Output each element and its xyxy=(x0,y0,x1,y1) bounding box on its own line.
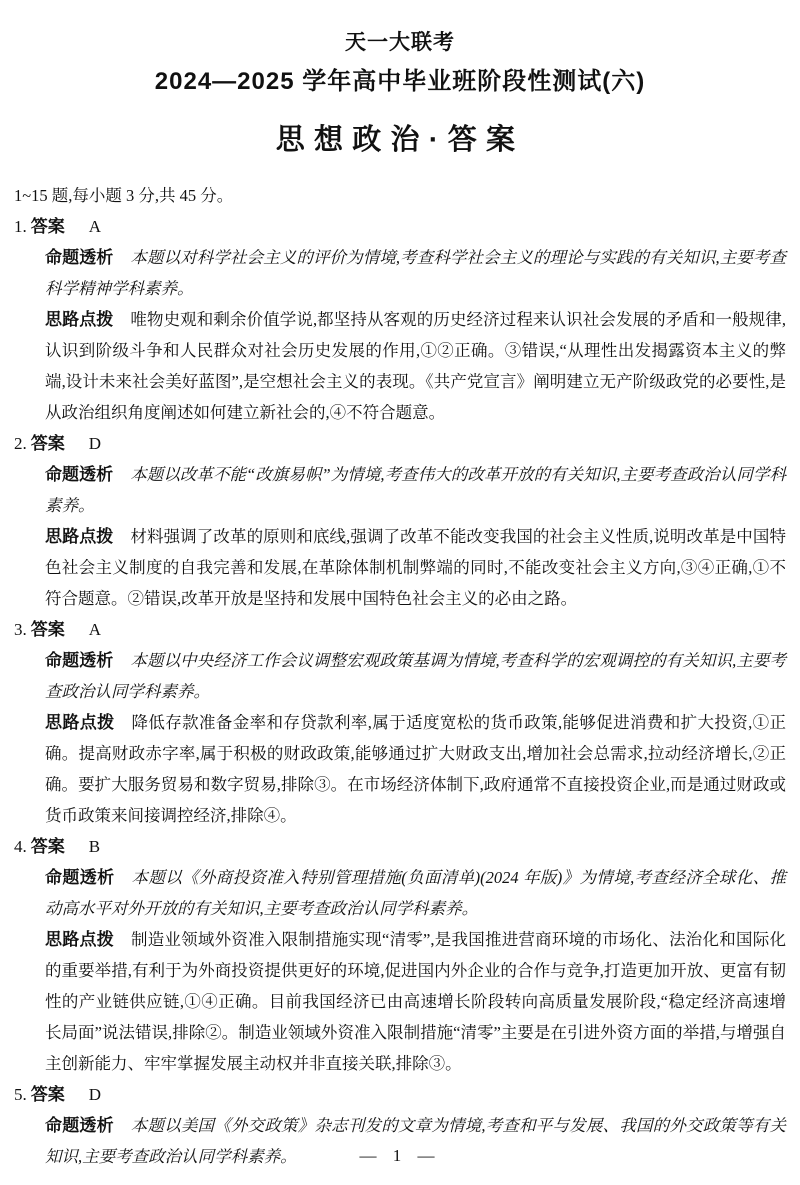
question-number: 1. xyxy=(14,217,27,236)
answer-item-1: 1.答案A 命题透析本题以对科学社会主义的评价为情境,考查科学社会主义的理论与实… xyxy=(14,211,786,428)
answer-label: 答案 xyxy=(31,434,65,453)
answer-item-4: 4.答案B 命题透析本题以《外商投资准入特别管理措施(负面清单)(2024 年版… xyxy=(14,831,786,1079)
answer-label: 答案 xyxy=(31,1085,65,1104)
tips-text: 唯物史观和剩余价值学说,都坚持从客观的历史经济过程来认识社会发展的矛盾和一般规律… xyxy=(45,310,786,422)
analysis-block: 命题透析本题以改革不能“改旗易帜”为情境,考查伟大的改革开放的有关知识,主要考查… xyxy=(45,459,786,521)
analysis-block: 命题透析本题以中央经济工作会议调整宏观政策基调为情境,考查科学的宏观调控的有关知… xyxy=(45,645,786,707)
answer-line: 5.答案D xyxy=(14,1079,786,1110)
answer-line: 3.答案A xyxy=(14,614,786,645)
analysis-label: 命题透析 xyxy=(45,465,113,484)
tips-label: 思路点拨 xyxy=(45,930,114,949)
analysis-text: 本题以中央经济工作会议调整宏观政策基调为情境,考查科学的宏观调控的有关知识,主要… xyxy=(45,651,786,701)
subject-title: 思想政治·答案 xyxy=(14,112,786,168)
tips-text: 制造业领域外资准入限制措施实现“清零”,是我国推进营商环境的市场化、法治化和国际… xyxy=(45,930,786,1073)
tips-label: 思路点拨 xyxy=(45,310,113,329)
tips-label: 思路点拨 xyxy=(45,527,113,546)
answer-letter: A xyxy=(89,620,101,639)
tips-block: 思路点拨制造业领域外资准入限制措施实现“清零”,是我国推进营商环境的市场化、法治… xyxy=(45,924,786,1079)
analysis-text: 本题以对科学社会主义的评价为情境,考查科学社会主义的理论与实践的有关知识,主要考… xyxy=(45,248,786,298)
analysis-text: 本题以改革不能“改旗易帜”为情境,考查伟大的改革开放的有关知识,主要考查政治认同… xyxy=(45,465,786,515)
answer-letter: D xyxy=(89,434,101,453)
tips-text: 材料强调了改革的原则和底线,强调了改革不能改变我国的社会主义性质,说明改革是中国… xyxy=(45,527,786,608)
tips-block: 思路点拨唯物史观和剩余价值学说,都坚持从客观的历史经济过程来认识社会发展的矛盾和… xyxy=(45,304,786,428)
analysis-block: 命题透析本题以《外商投资准入特别管理措施(负面清单)(2024 年版)》为情境,… xyxy=(45,862,786,924)
tips-block: 思路点拨材料强调了改革的原则和底线,强调了改革不能改变我国的社会主义性质,说明改… xyxy=(45,521,786,614)
answer-line: 1.答案A xyxy=(14,211,786,242)
tips-block: 思路点拨降低存款准备金率和存贷款利率,属于适度宽松的货币政策,能够促进消费和扩大… xyxy=(45,707,786,831)
tips-label: 思路点拨 xyxy=(45,713,115,732)
question-number: 4. xyxy=(14,837,27,856)
analysis-label: 命题透析 xyxy=(45,868,114,887)
answer-line: 2.答案D xyxy=(14,428,786,459)
answer-label: 答案 xyxy=(31,217,65,236)
scoring-note: 1~15 题,每小题 3 分,共 45 分。 xyxy=(14,180,786,211)
answer-label: 答案 xyxy=(31,620,65,639)
answer-item-3: 3.答案A 命题透析本题以中央经济工作会议调整宏观政策基调为情境,考查科学的宏观… xyxy=(14,614,786,831)
exam-brand-title: 天一大联考 xyxy=(14,26,786,60)
answer-item-2: 2.答案D 命题透析本题以改革不能“改旗易帜”为情境,考查伟大的改革开放的有关知… xyxy=(14,428,786,614)
answer-label: 答案 xyxy=(31,837,65,856)
document-header: 天一大联考 2024—2025 学年高中毕业班阶段性测试(六) 思想政治·答案 xyxy=(14,26,786,168)
question-number: 2. xyxy=(14,434,27,453)
answer-letter: B xyxy=(89,837,100,856)
exam-session-title: 2024—2025 学年高中毕业班阶段性测试(六) xyxy=(14,60,786,104)
analysis-label: 命题透析 xyxy=(45,651,113,670)
page-number: — 1 — xyxy=(0,1140,800,1171)
analysis-text: 本题以《外商投资准入特别管理措施(负面清单)(2024 年版)》为情境,考查经济… xyxy=(45,868,786,918)
tips-text: 降低存款准备金率和存贷款利率,属于适度宽松的货币政策,能够促进消费和扩大投资,①… xyxy=(45,713,786,825)
answer-sheet-page: 天一大联考 2024—2025 学年高中毕业班阶段性测试(六) 思想政治·答案 … xyxy=(0,0,800,1185)
analysis-label: 命题透析 xyxy=(45,1116,114,1135)
question-number: 5. xyxy=(14,1085,27,1104)
answer-letter: A xyxy=(89,217,101,236)
answer-letter: D xyxy=(89,1085,101,1104)
answer-line: 4.答案B xyxy=(14,831,786,862)
analysis-block: 命题透析本题以对科学社会主义的评价为情境,考查科学社会主义的理论与实践的有关知识… xyxy=(45,242,786,304)
analysis-label: 命题透析 xyxy=(45,248,113,267)
question-number: 3. xyxy=(14,620,27,639)
